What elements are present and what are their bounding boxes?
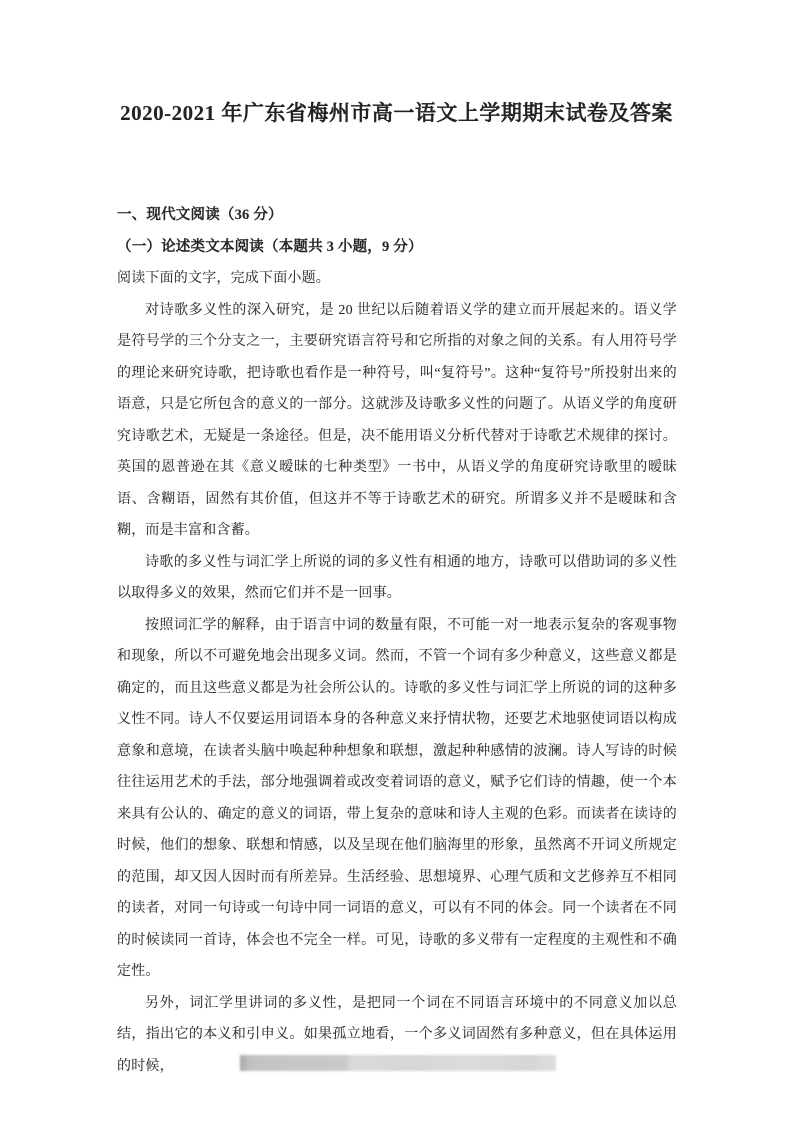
passage-paragraph-1: 对诗歌多义性的深入研究，是 20 世纪以后随着语义学的建立而开展起来的。语义学是… [117, 295, 677, 547]
reading-instruction: 阅读下面的文字，完成下面小题。 [117, 263, 677, 295]
document-title: 2020-2021 年广东省梅州市高一语文上学期期末试卷及答案 [0, 97, 793, 127]
subsection-heading-argumentative-reading: （一）论述类文本阅读（本题共 3 小题，9 分） [117, 232, 677, 264]
passage-paragraph-3: 按照词汇学的解释，由于语言中词的数量有限，不可能一对一地表示复杂的客观事物和现象… [117, 610, 677, 988]
passage-paragraph-2: 诗歌的多义性与词汇学上所说的词的多义性有相通的地方，诗歌可以借助词的多义性以取得… [117, 547, 677, 610]
document-page: 2020-2021 年广东省梅州市高一语文上学期期末试卷及答案 一、现代文阅读（… [0, 0, 793, 1122]
blurred-watermark [240, 1055, 556, 1071]
document-body: 一、现代文阅读（36 分） （一）论述类文本阅读（本题共 3 小题，9 分） 阅… [117, 200, 677, 1082]
section-heading-modern-reading: 一、现代文阅读（36 分） [117, 200, 677, 232]
